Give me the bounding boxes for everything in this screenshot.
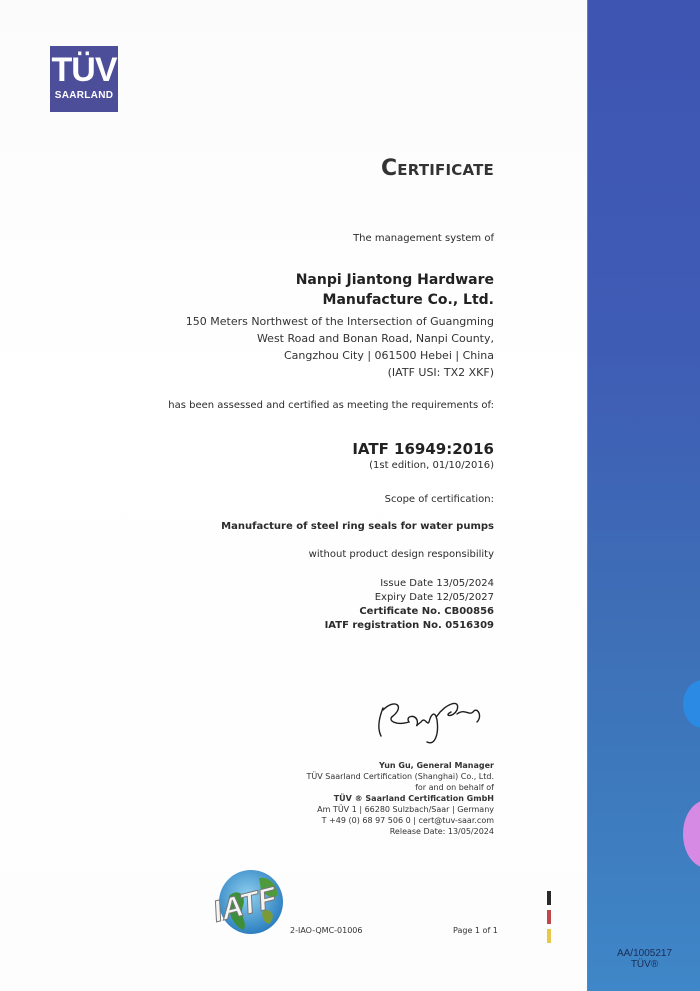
document-code: 2-IAO-QMC-01006 — [290, 926, 363, 935]
iatf-globe-logo: IATF — [207, 866, 291, 938]
assessed-statement: has been assessed and certified as meeti… — [168, 400, 494, 411]
flag-gold — [547, 929, 551, 943]
scope-label: Scope of certification: — [385, 494, 494, 505]
signature — [365, 686, 495, 746]
certificate-dates: Issue Date 13/05/2024 Expiry Date 12/05/… — [325, 577, 494, 633]
scope-note: without product design responsibility — [309, 549, 494, 560]
standard-edition: (1st edition, 01/10/2016) — [369, 460, 494, 471]
tuv-logo-brand: TÜV — [50, 52, 118, 88]
iatf-registration-number: IATF registration No. 0516309 — [325, 619, 494, 633]
certificate-number: Certificate No. CB00856 — [325, 605, 494, 619]
flag-red — [547, 910, 551, 924]
standard-name: IATF 16949:2016 — [352, 440, 494, 458]
band-serial: AA/1005217 TÜV® — [588, 948, 700, 970]
hologram-pink — [683, 800, 700, 868]
expiry-date: Expiry Date 12/05/2027 — [325, 591, 494, 605]
tuv-saarland-logo: TÜV SAARLAND — [50, 46, 118, 112]
certificate-paper — [0, 0, 587, 991]
issue-date: Issue Date 13/05/2024 — [325, 577, 494, 591]
certificate-title: Certificate — [381, 156, 494, 181]
company-name: Nanpi Jiantong Hardware Manufacture Co.,… — [296, 270, 494, 310]
scope-text: Manufacture of steel ring seals for wate… — [221, 521, 494, 532]
company-address: 150 Meters Northwest of the Intersection… — [186, 313, 494, 381]
security-band: AA/1005217 TÜV® — [587, 0, 700, 991]
hologram-blue — [683, 680, 700, 728]
signatory-block: Yun Gu, General Manager TÜV Saarland Cer… — [307, 760, 494, 837]
page-number: Page 1 of 1 — [453, 926, 498, 935]
intro-text: The management system of — [353, 233, 494, 244]
german-flag-stripe — [547, 891, 551, 948]
tuv-logo-sub: SAARLAND — [50, 90, 118, 102]
flag-black — [547, 891, 551, 905]
